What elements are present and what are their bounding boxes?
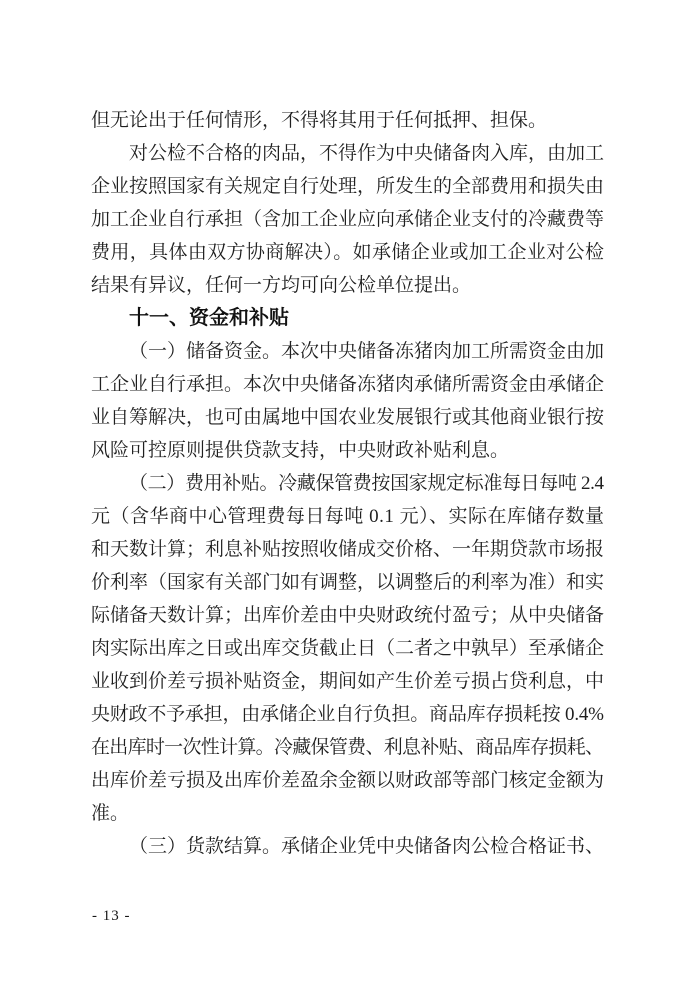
text-line: 在出库时一次性计算。冷藏保管费、利息补贴、商品库存损耗、: [91, 731, 604, 764]
text-line-content: 价利率（国家有关部门如有调整，以调整后的利率为准）和实: [91, 566, 604, 599]
text-line: 对公检不合格的肉品，不得作为中央储备肉入库，由加工: [91, 137, 604, 170]
text-line-content: 费用，具体由双方协商解决）。如承储企业或加工企业对公检: [91, 236, 604, 269]
text-line-content: 在出库时一次性计算。冷藏保管费、利息补贴、商品库存损耗、: [91, 731, 603, 764]
text-line: （二）费用补贴。冷藏保管费按国家规定标准每日每吨 2.4: [91, 467, 604, 500]
text-line-content: （三）货款结算。承储企业凭中央储备肉公检合格证书、: [129, 830, 604, 863]
text-line-content: 际储备天数计算；出库价差由中央财政统付盈亏；从中央储备: [91, 599, 604, 632]
text-line-content: 对公检不合格的肉品，不得作为中央储备肉入库，由加工: [129, 137, 604, 170]
text-line-content: 和天数计算；利息补贴按照收储成交价格、一年期贷款市场报: [91, 533, 604, 566]
text-line-content: （二）费用补贴。冷藏保管费按国家规定标准每日每吨 2.4: [129, 467, 604, 500]
document-body: 但无论出于任何情形，不得将其用于任何抵押、担保。对公检不合格的肉品，不得作为中央…: [91, 104, 604, 863]
text-line: 企业按照国家有关规定自行处理，所发生的全部费用和损失由: [91, 170, 604, 203]
text-line: 业自筹解决，也可由属地中国农业发展银行或其他商业银行按: [91, 401, 604, 434]
text-line-content: 但无论出于任何情形，不得将其用于任何抵押、担保。: [91, 104, 547, 137]
text-line-content: 肉实际出库之日或出库交货截止日（二者之中孰早）至承储企: [91, 632, 604, 665]
text-line-content: 准。: [91, 797, 129, 830]
text-line: 出库价差亏损及出库价差盈余金额以财政部等部门核定金额为: [91, 764, 604, 797]
text-line: 结果有异议，任何一方均可向公检单位提出。: [91, 269, 604, 302]
text-line: （一）储备资金。本次中央储备冻猪肉加工所需资金由加: [91, 335, 604, 368]
text-line: 风险可控原则提供贷款支持，中央财政补贴利息。: [91, 434, 604, 467]
text-line: 价利率（国家有关部门如有调整，以调整后的利率为准）和实: [91, 566, 604, 599]
text-line: 元（含华商中心管理费每日每吨 0.1 元）、实际在库储存数量: [91, 500, 604, 533]
text-line-content: 央财政不予承担，由承储企业自行负担。商品库存损耗按 0.4%: [91, 698, 604, 731]
text-line-content: 加工企业自行承担（含加工企业应向承储企业支付的冷藏费等: [91, 203, 604, 236]
text-line: 肉实际出库之日或出库交货截止日（二者之中孰早）至承储企: [91, 632, 604, 665]
text-line: 央财政不予承担，由承储企业自行负担。商品库存损耗按 0.4%: [91, 698, 604, 731]
page-number: - 13 -: [92, 906, 131, 926]
text-line-content: 工企业自行承担。本次中央储备冻猪肉承储所需资金由承储企: [91, 368, 604, 401]
text-line: 费用，具体由双方协商解决）。如承储企业或加工企业对公检: [91, 236, 604, 269]
text-line-content: 结果有异议，任何一方均可向公检单位提出。: [91, 269, 471, 302]
text-line: 工企业自行承担。本次中央储备冻猪肉承储所需资金由承储企: [91, 368, 604, 401]
text-line: （三）货款结算。承储企业凭中央储备肉公检合格证书、: [91, 830, 604, 863]
text-line-content: （一）储备资金。本次中央储备冻猪肉加工所需资金由加: [129, 335, 604, 368]
text-line: 但无论出于任何情形，不得将其用于任何抵押、担保。: [91, 104, 604, 137]
text-line-content: 业收到价差亏损补贴资金，期间如产生价差亏损占贷利息，中: [91, 665, 604, 698]
text-line: 准。: [91, 797, 604, 830]
text-line: 加工企业自行承担（含加工企业应向承储企业支付的冷藏费等: [91, 203, 604, 236]
document-page: 但无论出于任何情形，不得将其用于任何抵押、担保。对公检不合格的肉品，不得作为中央…: [0, 0, 700, 989]
text-line: 业收到价差亏损补贴资金，期间如产生价差亏损占贷利息，中: [91, 665, 604, 698]
text-line: 和天数计算；利息补贴按照收储成交价格、一年期贷款市场报: [91, 533, 604, 566]
text-line: 际储备天数计算；出库价差由中央财政统付盈亏；从中央储备: [91, 599, 604, 632]
text-line-content: 企业按照国家有关规定自行处理，所发生的全部费用和损失由: [91, 170, 604, 203]
section-heading: 十一、资金和补贴: [91, 302, 604, 335]
text-line-content: 出库价差亏损及出库价差盈余金额以财政部等部门核定金额为: [91, 764, 604, 797]
text-line-content: 风险可控原则提供贷款支持，中央财政补贴利息。: [91, 434, 509, 467]
text-line-content: 元（含华商中心管理费每日每吨 0.1 元）、实际在库储存数量: [91, 500, 604, 533]
text-line-content: 十一、资金和补贴: [129, 302, 289, 335]
text-line-content: 业自筹解决，也可由属地中国农业发展银行或其他商业银行按: [91, 401, 604, 434]
